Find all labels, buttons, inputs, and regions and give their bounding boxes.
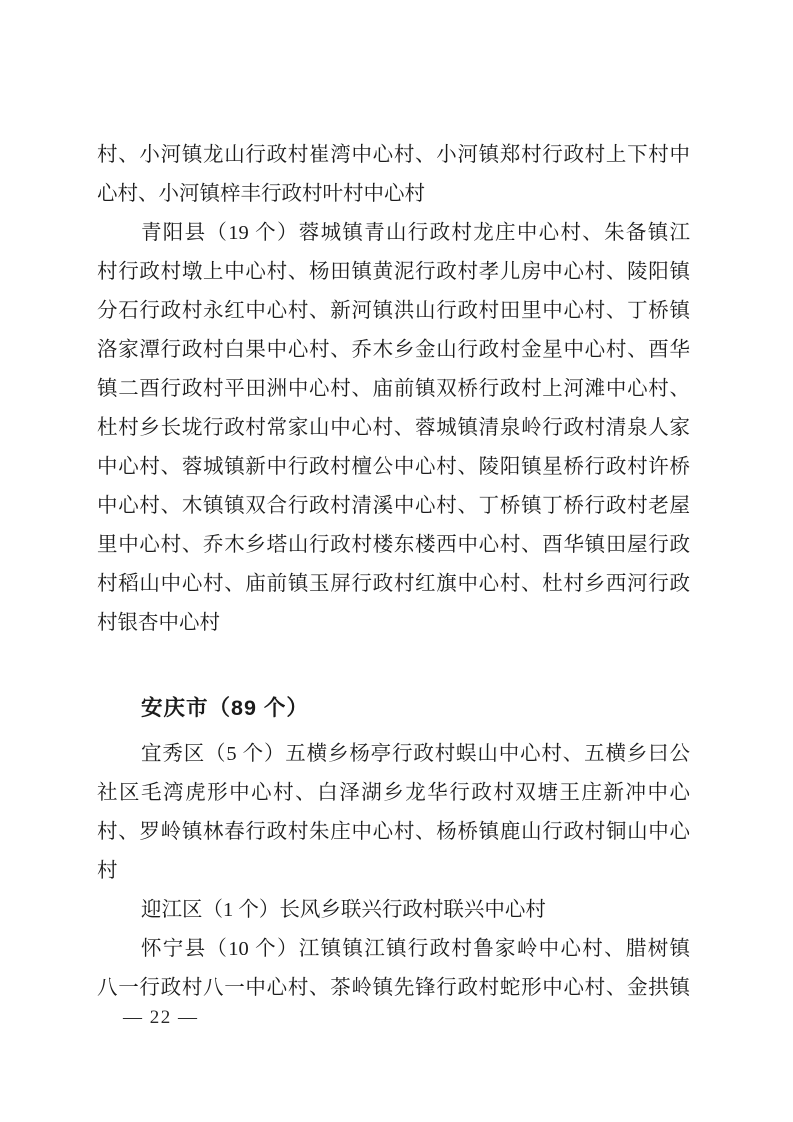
text-line: 村、罗岭镇林春行政村朱庄中心村、杨桥镇鹿山行政村铜山中心	[97, 813, 690, 852]
text-line: 分石行政村永红中心村、新河镇洪山行政村田里中心村、丁桥镇	[97, 292, 690, 331]
text-line: 青阳县（19 个）蓉城镇青山行政村龙庄中心村、朱备镇江	[97, 214, 690, 253]
text-line: 村稻山中心村、庙前镇玉屏行政村红旗中心村、杜村乡西河行政	[97, 565, 690, 604]
text-line: 心村、小河镇梓丰行政村叶村中心村	[97, 175, 690, 214]
text-line: 村银杏中心村	[97, 604, 690, 643]
text-line: 杜村乡长垅行政村常家山中心村、蓉城镇清泉岭行政村清泉人家	[97, 409, 690, 448]
text-line: 迎江区（1 个）长风乡联兴行政村联兴中心村	[97, 891, 690, 930]
text-line: 镇二酉行政村平田洲中心村、庙前镇双桥行政村上河滩中心村、	[97, 370, 690, 409]
text-line: 中心村、木镇镇双合行政村清溪中心村、丁桥镇丁桥行政村老屋	[97, 487, 690, 526]
text-line: 中心村、蓉城镇新中行政村檀公中心村、陵阳镇星桥行政村许桥	[97, 448, 690, 487]
document-page: 村、小河镇龙山行政村崔湾中心村、小河镇郑村行政村上下村中心村、小河镇梓丰行政村叶…	[0, 0, 793, 1122]
text-line: 村、小河镇龙山行政村崔湾中心村、小河镇郑村行政村上下村中	[97, 136, 690, 175]
text-line: 八一行政村八一中心村、茶岭镇先锋行政村蛇形中心村、金拱镇	[97, 969, 690, 1008]
page-number: — 22 —	[123, 1007, 199, 1029]
text-line: 村	[97, 852, 690, 891]
document-body: 村、小河镇龙山行政村崔湾中心村、小河镇郑村行政村上下村中心村、小河镇梓丰行政村叶…	[97, 136, 690, 1008]
text-line: 社区毛湾虎形中心村、白泽湖乡龙华行政村双塘王庄新冲中心	[97, 774, 690, 813]
text-line: 里中心村、乔木乡塔山行政村楼东楼西中心村、酉华镇田屋行政	[97, 526, 690, 565]
section-heading: 安庆市（89 个）	[97, 689, 690, 728]
text-line: 村行政村墩上中心村、杨田镇黄泥行政村孝儿房中心村、陵阳镇	[97, 253, 690, 292]
text-line: 洛家潭行政村白果中心村、乔木乡金山行政村金星中心村、酉华	[97, 331, 690, 370]
text-line: 宜秀区（5 个）五横乡杨亭行政村蜈山中心村、五横乡曰公	[97, 735, 690, 774]
text-line: 怀宁县（10 个）江镇镇江镇行政村鲁家岭中心村、腊树镇	[97, 930, 690, 969]
